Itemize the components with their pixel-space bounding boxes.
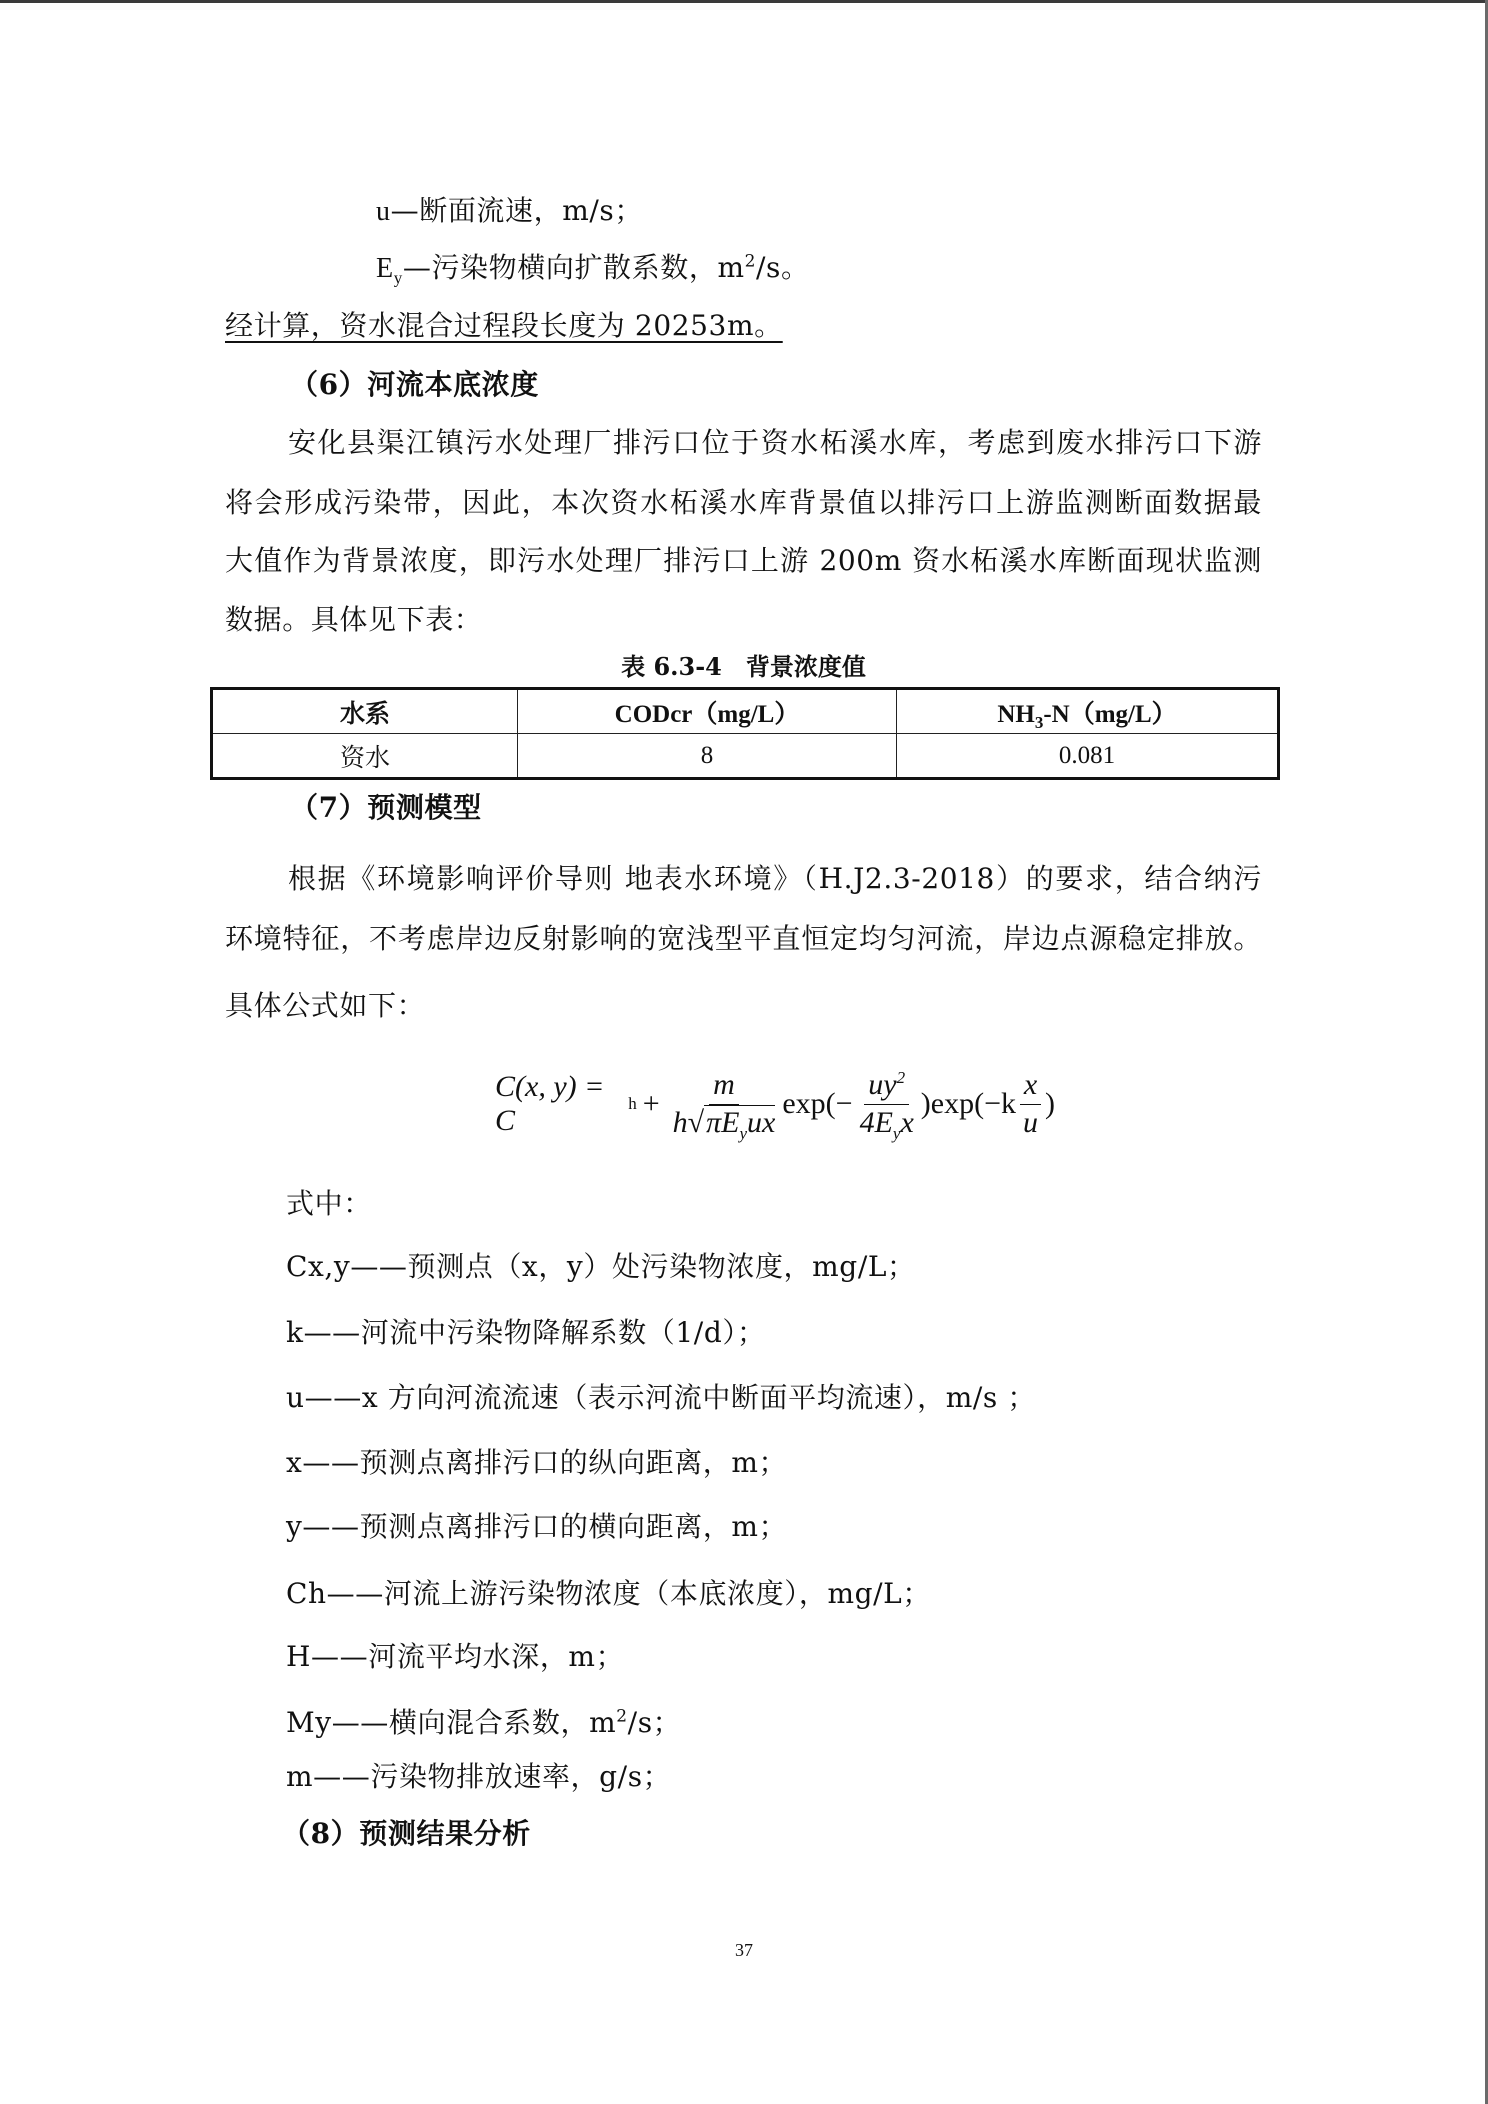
header-nh3n: NH3-N（mg/L） (897, 689, 1279, 734)
definition-text-end: /s； (628, 1706, 682, 1739)
definition-text: My——横向混合系数，m (286, 1706, 616, 1739)
dash: — (391, 194, 420, 227)
definition-x: x——预测点离排污口的纵向距离，m； (286, 1446, 1323, 1480)
table-header-row: 水系 CODcr（mg/L） NH3-N（mg/L） (212, 689, 1279, 734)
definition-ch: Ch——河流上游污染物浓度（本底浓度），mg/L； (286, 1577, 1323, 1611)
definition-my: My——横向混合系数，m2/s； (286, 1706, 1323, 1740)
definition-y: y——预测点离排污口的横向距离，m； (286, 1510, 1323, 1544)
section-6-paragraph-line-4: 数据。具体见下表： (225, 603, 1262, 637)
definition-cxy: Cx,y——预测点（x，y）处污染物浓度，mg/L； (286, 1250, 1323, 1284)
cell-water-system: 资水 (212, 734, 518, 779)
fraction-2-numerator: uy2 (864, 1068, 909, 1105)
fraction-1-numerator: m (709, 1068, 739, 1105)
den-sub-y: y (739, 1124, 747, 1143)
section-6-paragraph-line-2: 将会形成污染带，因此，本次资水柘溪水库背景值以排污口上游监测断面数据最 (225, 486, 1262, 520)
cell-nh3n: 0.081 (897, 734, 1279, 779)
definition-text: 断面流速，m/s； (419, 194, 643, 227)
subscript: y (394, 269, 403, 288)
background-concentration-table: 水系 CODcr（mg/L） NH3-N（mg/L） 资水 8 0.081 (210, 687, 1280, 780)
definition-ey: Ey—污染物横向扩散系数，m2/s。 (376, 251, 1413, 286)
formula-close-2: ) (1045, 1087, 1055, 1121)
num-sup: 2 (897, 1068, 906, 1087)
definition-m: m——污染物排放速率，g/s； (286, 1760, 1323, 1794)
concentration-formula: C(x, y) = Ch + m h√πEyux exp(− uy2 4Eyx … (495, 1058, 1055, 1150)
formula-exp-2: exp(−k (931, 1087, 1016, 1121)
formula-fraction-2: uy2 4Eyx (856, 1068, 918, 1141)
section-7-paragraph-line-2: 环境特征，不考虑岸边反射影响的宽浅型平直恒定均匀河流，岸边点源稳定排放。 (225, 922, 1262, 956)
section-7-paragraph-line-3: 具体公式如下： (225, 989, 1262, 1023)
table-caption: 表 6.3-4 背景浓度值 (210, 652, 1277, 682)
den-4e: 4E (860, 1106, 893, 1139)
symbol: E (376, 253, 394, 284)
definition-u-velocity: u——x 方向河流流速（表示河流中断面平均流速），m/s ； (286, 1381, 1323, 1415)
superscript: 2 (616, 1707, 627, 1727)
formula-fraction-3: x u (1019, 1068, 1042, 1141)
nh3-pre: NH (997, 701, 1035, 728)
den-h: h (673, 1106, 688, 1139)
section-7-heading: （7）预测模型 (290, 791, 1327, 825)
dash: — (403, 251, 432, 284)
section-7-paragraph-line-1: 根据《环境影响评价导则 地表水环境》（H.J2.3-2018）的要求，结合纳污 (288, 862, 1262, 896)
mixing-length-result: 经计算，资水混合过程段长度为 20253m。 (225, 309, 789, 343)
page-border-top (0, 0, 1488, 3)
fraction-2-denominator: 4Eyx (856, 1105, 918, 1141)
where-label: 式中： (286, 1187, 1323, 1221)
definition-u: u—断面流速，m/s； (376, 194, 1413, 229)
fraction-3-denominator: u (1019, 1105, 1042, 1141)
den-pi-e: πE (706, 1106, 739, 1139)
formula-exp-1: exp(− (782, 1087, 852, 1121)
section-6-paragraph-line-3: 大值作为背景浓度，即污水处理厂排污口上游 200m 资水柘溪水库断面现状监测 (225, 544, 1262, 578)
header-water-system: 水系 (212, 689, 518, 734)
table-row: 资水 8 0.081 (212, 734, 1279, 779)
fraction-3-numerator: x (1020, 1068, 1041, 1105)
section-6-paragraph-line-1: 安化县渠江镇污水处理厂排污口位于资水柘溪水库，考虑到废水排污口下游 (288, 426, 1262, 460)
definition-k: k——河流中污染物降解系数（1/d）； (286, 1316, 1323, 1350)
superscript: 2 (745, 252, 756, 272)
nh3-post: -N（mg/L） (1043, 701, 1176, 728)
definition-h: H——河流平均水深，m； (286, 1640, 1323, 1674)
page-number: 37 (0, 1940, 1488, 1961)
den-x: x (900, 1106, 913, 1139)
definition-text: 污染物横向扩散系数，m (431, 251, 744, 284)
den-ux: ux (747, 1106, 775, 1139)
section-6-heading: （6）河流本底浓度 (290, 368, 1327, 402)
formula-close-1: ) (921, 1087, 931, 1121)
section-8-heading: （8）预测结果分析 (282, 1817, 1319, 1851)
fraction-1-denominator: h√πEyux (669, 1105, 780, 1141)
header-codcr: CODcr（mg/L） (518, 689, 897, 734)
formula-lhs: C(x, y) = C (495, 1070, 628, 1138)
formula-plus: + (643, 1087, 660, 1121)
num-uy: uy (868, 1068, 896, 1101)
symbol: u (376, 196, 391, 227)
cell-codcr: 8 (518, 734, 897, 779)
formula-fraction-1: m h√πEyux (669, 1068, 780, 1141)
definition-text-end: /s。 (756, 251, 810, 284)
